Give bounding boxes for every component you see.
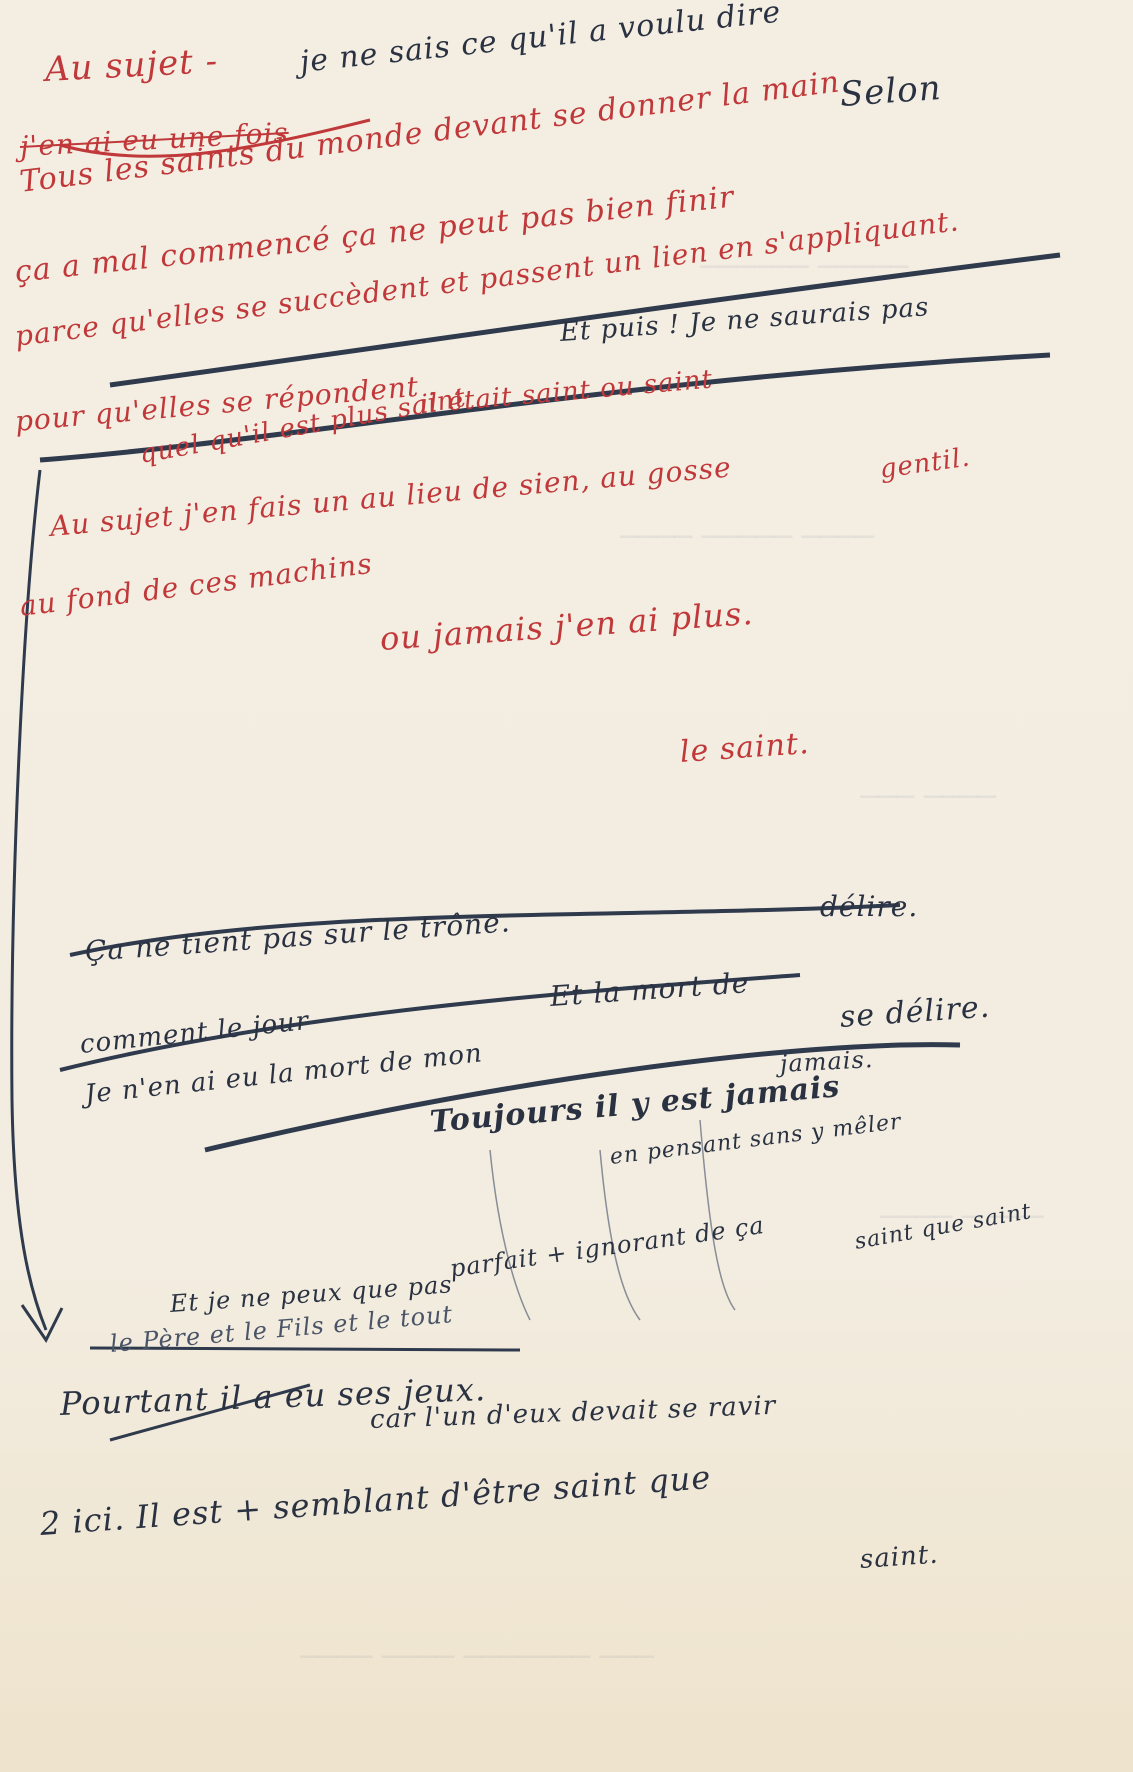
- manuscript-line: Et puis ! Je ne saurais pas: [559, 292, 930, 348]
- bleed-through-text: ──── ───── ────: [620, 520, 874, 555]
- bleed-through-text: ─── ────: [860, 780, 996, 815]
- manuscript-line: gentil.: [878, 442, 972, 484]
- bleed-through-text: ──── ──── ─────── ───: [300, 1640, 654, 1675]
- manuscript-line: 2 ici. Il est + semblant d'être saint qu…: [39, 1458, 713, 1543]
- manuscript-line: Au sujet -: [44, 41, 219, 90]
- manuscript-page: ────── ───── ──── ───── ──── ─── ──── ──…: [0, 0, 1133, 1772]
- manuscript-line-struck: Ça ne tient pas sur le trône.: [84, 905, 512, 968]
- manuscript-line: délire.: [820, 890, 918, 923]
- manuscript-line: au fond de ces machins: [18, 547, 374, 623]
- manuscript-line-struck: comment le jour: [78, 1006, 310, 1060]
- manuscript-line: saint que saint: [853, 1199, 1034, 1255]
- manuscript-line: parfait + ignorant de ça: [448, 1211, 766, 1283]
- manuscript-line: je ne sais ce qu'il a voulu dire: [298, 0, 783, 80]
- manuscript-line: saint.: [859, 1540, 940, 1575]
- manuscript-line: Et la mort de: [549, 966, 750, 1013]
- manuscript-line: Selon: [839, 68, 943, 115]
- manuscript-line: se délire.: [839, 990, 992, 1035]
- manuscript-line: le saint.: [679, 726, 811, 770]
- manuscript-line: ou jamais j'en ai plus.: [379, 594, 755, 658]
